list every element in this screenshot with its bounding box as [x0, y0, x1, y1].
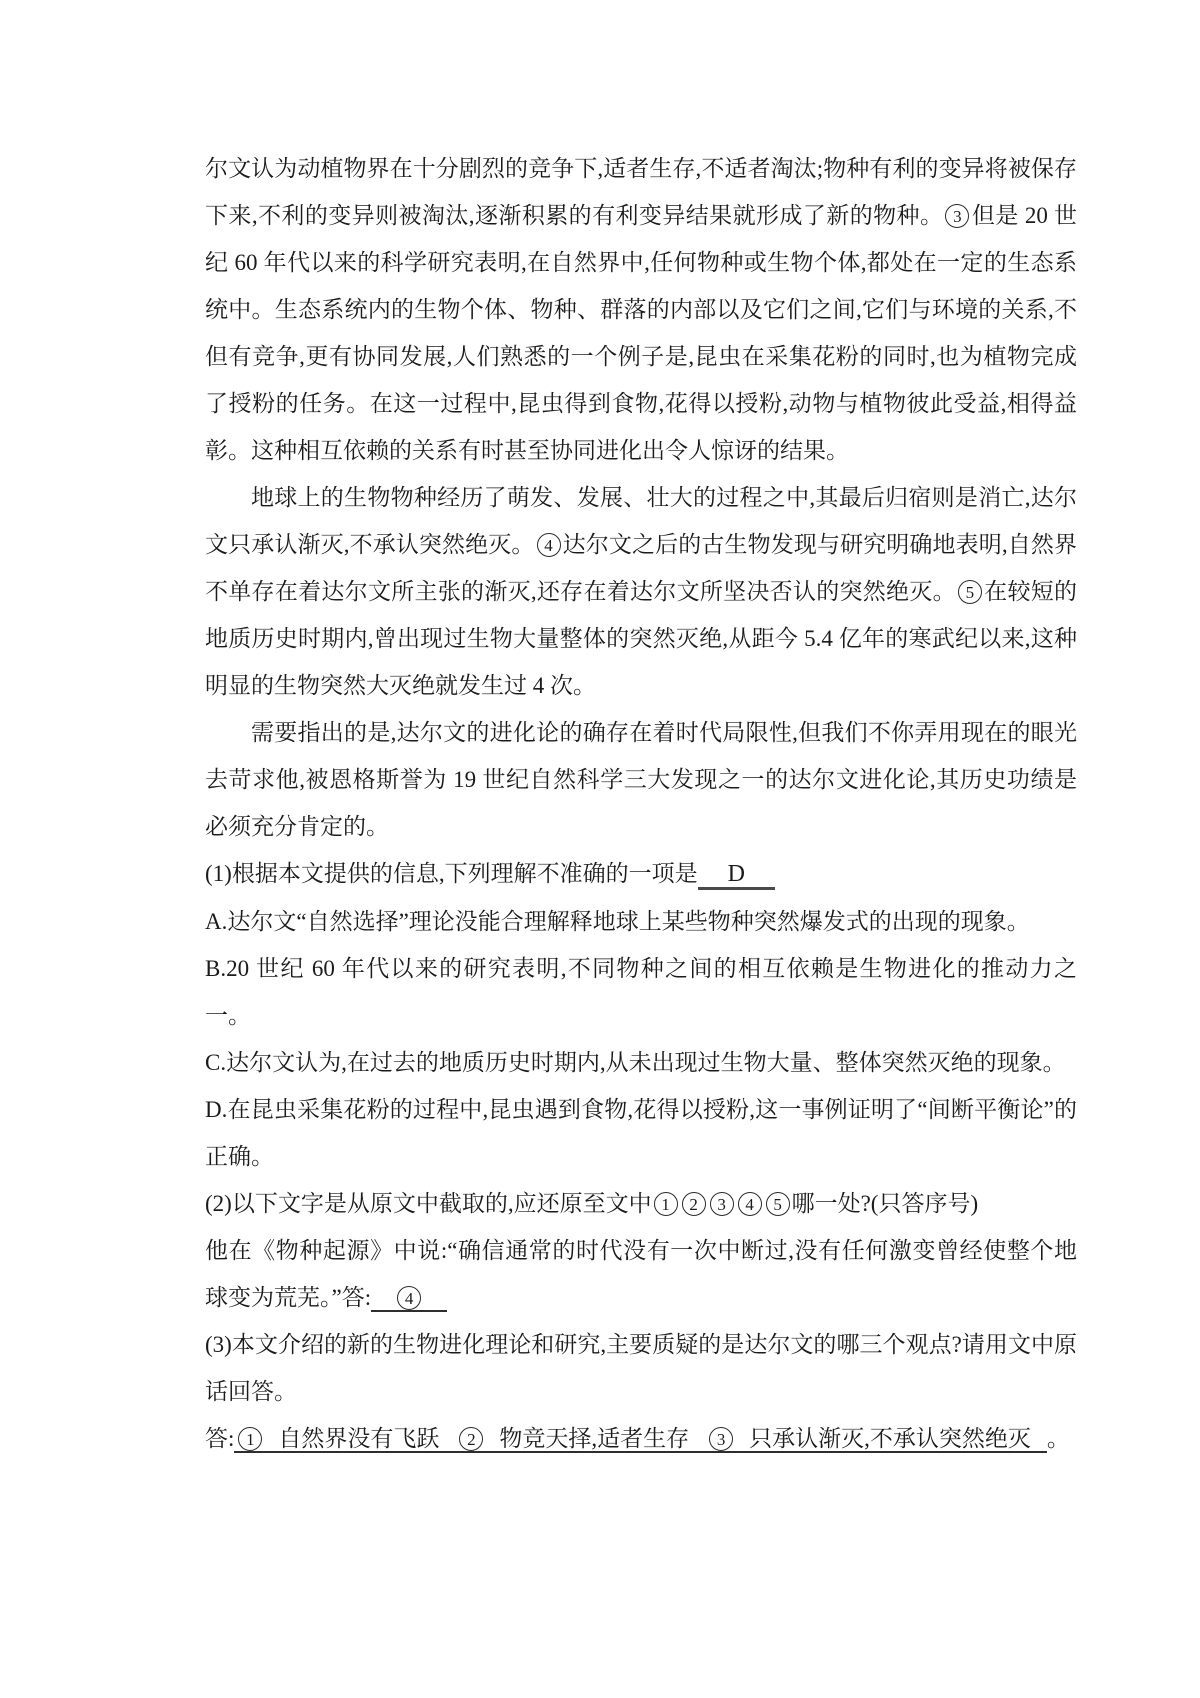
text-run: D.在昆虫采集花粉的过程中,昆虫遇到食物,花得以授粉,这一事例证明了“间断平衡论… — [205, 1097, 1077, 1169]
answer-text: 自然界没有飞跃 — [264, 1426, 453, 1451]
circled-number-5: 5 — [958, 580, 982, 604]
text-run: B.20 世纪 60 年代以来的研究表明,不同物种之间的相互依赖是生物进化的推动… — [205, 956, 1077, 1028]
circled-number-4: 4 — [397, 1286, 421, 1310]
question-2-quote-and-answer: 他在《物种起源》中说:“确信通常的时代没有一次中断过,没有任何激变曾经使整个地球… — [205, 1227, 1077, 1321]
text-run: 但是 20 世纪 60 年代以来的科学研究表明,在自然界中,任何物种或生物个体,… — [205, 203, 1077, 463]
answer-blank: 3只承认渐灭,不承认突然绝灭 — [705, 1426, 1047, 1453]
question-1-option-c: C.达尔文认为,在过去的地质历史时期内,从未出现过生物大量、整体突然灭绝的现象。 — [205, 1039, 1077, 1086]
question-1-option-d: D.在昆虫采集花粉的过程中,昆虫遇到食物,花得以授粉,这一事例证明了“间断平衡论… — [205, 1086, 1077, 1180]
text-run: (3)本文介绍的新的生物进化理论和研究,主要质疑的是达尔文的哪三个观点?请用文中… — [205, 1332, 1077, 1404]
answer-blank: D — [698, 861, 775, 890]
answer-text: 只承认渐灭,不承认突然绝灭 — [735, 1426, 1045, 1451]
question-1-option-b: B.20 世纪 60 年代以来的研究表明,不同物种之间的相互依赖是生物进化的推动… — [205, 945, 1077, 1039]
question-3: (3)本文介绍的新的生物进化理论和研究,主要质疑的是达尔文的哪三个观点?请用文中… — [205, 1321, 1077, 1415]
circled-number-1: 1 — [654, 1192, 678, 1216]
text-run: C.达尔文认为,在过去的地质历史时期内,从未出现过生物大量、整体突然灭绝的现象。 — [205, 1050, 1066, 1075]
passage-paragraph-2: 地球上的生物物种经历了萌发、发展、壮大的过程之中,其最后归宿则是消亡,达尔文只承… — [205, 474, 1077, 709]
circled-number-3: 3 — [709, 1427, 733, 1451]
circled-number-1: 1 — [238, 1427, 262, 1451]
passage-paragraph-3: 需要指出的是,达尔文的进化论的确存在着时代局限性,但我们不你弄用现在的眼光去苛求… — [205, 709, 1077, 850]
circled-number-4: 4 — [738, 1192, 762, 1216]
text-run: (1)根据本文提供的信息,下列理解不准确的一项是 — [205, 861, 698, 886]
circled-number-4: 4 — [537, 533, 561, 557]
circled-number-5: 5 — [766, 1192, 790, 1216]
document-body: 尔文认为动植物界在十分剧烈的竞争下,适者生存,不适者淘汰;物种有利的变异将被保存… — [205, 145, 1077, 1462]
text-run: 哪一处?(只答序号) — [792, 1191, 979, 1216]
answer-blank: 4 — [371, 1285, 447, 1312]
answer-blank: 2物竞天择,适者生存 — [455, 1426, 705, 1453]
passage-paragraph-1: 尔文认为动植物界在十分剧烈的竞争下,适者生存,不适者淘汰;物种有利的变异将被保存… — [205, 145, 1077, 474]
circled-number-2: 2 — [459, 1427, 483, 1451]
text-run: 答: — [205, 1426, 234, 1451]
circled-number-3: 3 — [945, 204, 969, 228]
text-run: 。 — [1047, 1426, 1070, 1451]
question-2: (2)以下文字是从原文中截取的,应还原至文中12345哪一处?(只答序号) — [205, 1180, 1077, 1227]
question-1: (1)根据本文提供的信息,下列理解不准确的一项是D — [205, 850, 1077, 898]
answer-blank: 1自然界没有飞跃 — [234, 1426, 455, 1453]
text-run: 需要指出的是,达尔文的进化论的确存在着时代局限性,但我们不你弄用现在的眼光去苛求… — [205, 720, 1077, 839]
document-page: 尔文认为动植物界在十分剧烈的竞争下,适者生存,不适者淘汰;物种有利的变异将被保存… — [0, 0, 1200, 1698]
text-run: (2)以下文字是从原文中截取的,应还原至文中 — [205, 1191, 652, 1216]
question-1-option-a: A.达尔文“自然选择”理论没能合理解释地球上某些物种突然爆发式的出现的现象。 — [205, 898, 1077, 945]
answer-text: 物竞天择,适者生存 — [485, 1426, 703, 1451]
circled-number-2: 2 — [682, 1192, 706, 1216]
text-run: 他在《物种起源》中说:“确信通常的时代没有一次中断过,没有任何激变曾经使整个地球… — [205, 1238, 1077, 1310]
circled-number-3: 3 — [710, 1192, 734, 1216]
question-3-answer: 答:1自然界没有飞跃2物竞天择,适者生存3只承认渐灭,不承认突然绝灭。 — [205, 1415, 1077, 1462]
text-run: A.达尔文“自然选择”理论没能合理解释地球上某些物种突然爆发式的出现的现象。 — [205, 909, 1030, 934]
